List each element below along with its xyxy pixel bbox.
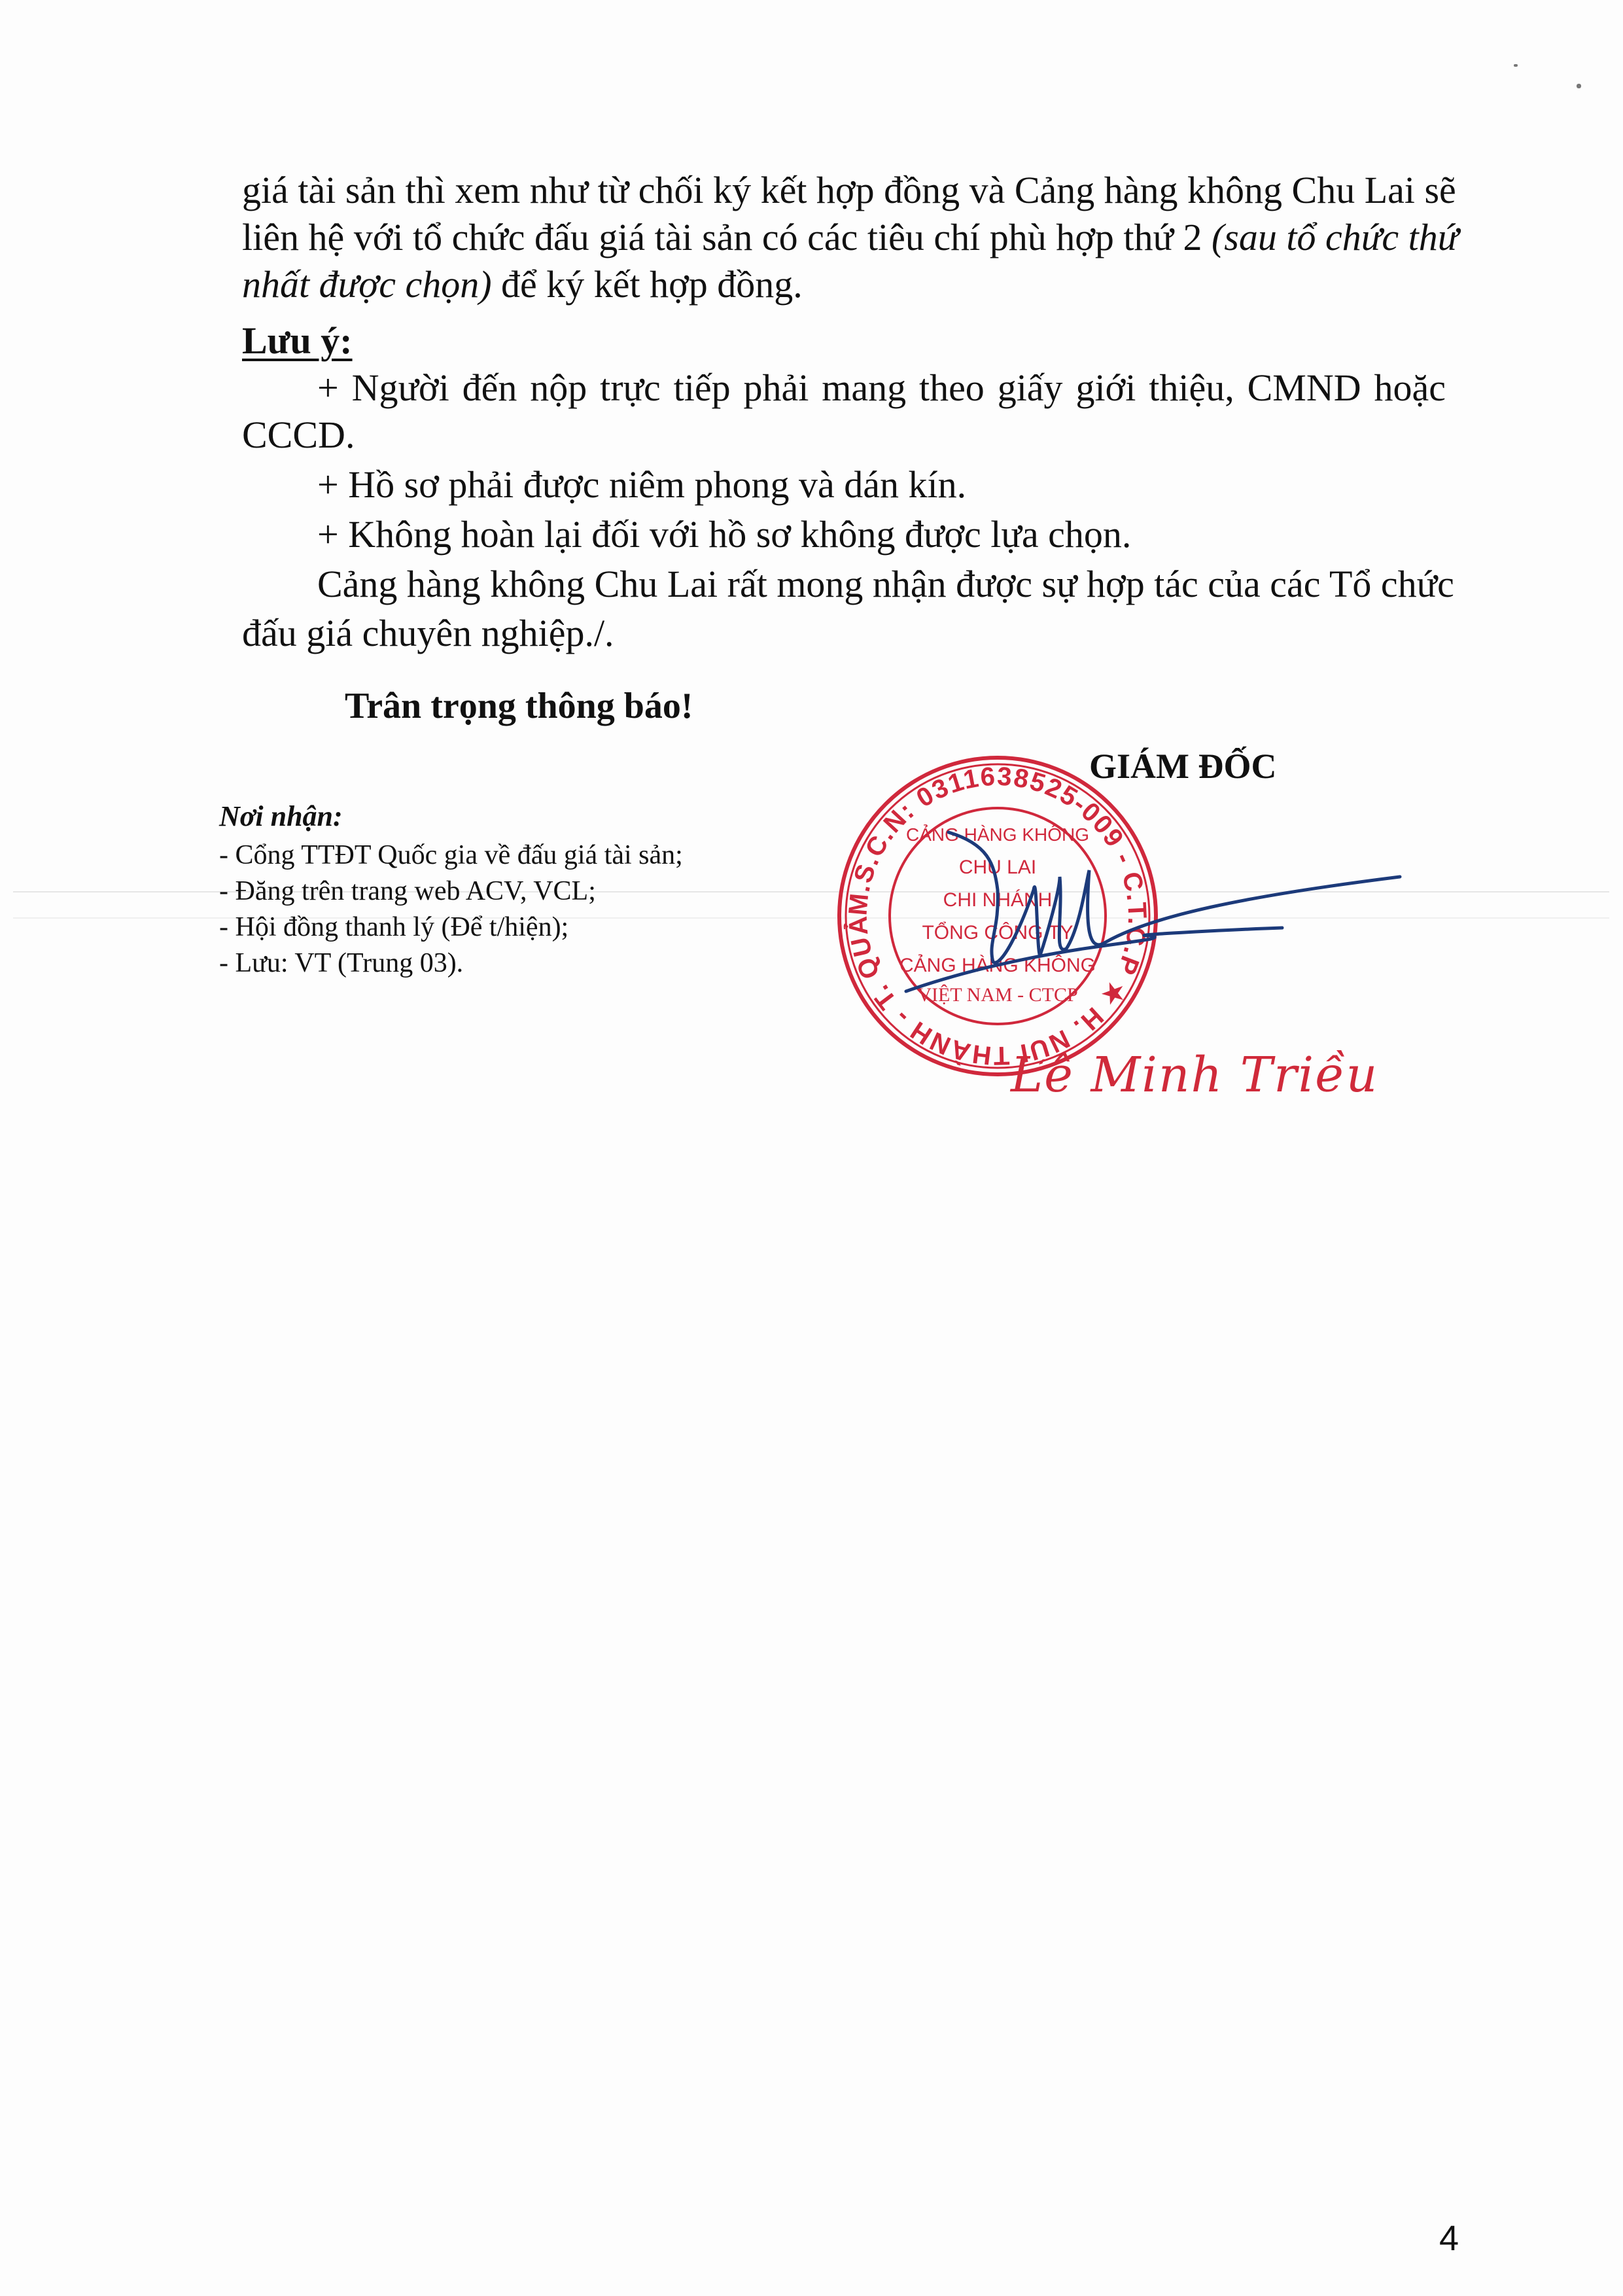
svg-text:CHU LAI: CHU LAI xyxy=(959,857,1036,878)
svg-text:CẢNG HÀNG KHÔNG: CẢNG HÀNG KHÔNG xyxy=(906,824,1089,845)
page-number: 4 xyxy=(1439,2218,1459,2259)
signer-name: Lê Minh Triều xyxy=(1011,1047,1378,1103)
svg-text:VIỆT NAM - CTCP: VIỆT NAM - CTCP xyxy=(917,984,1077,1006)
official-stamp: M.S.C.N: 0311638525-009 - C.T.C.P ★ H. N… xyxy=(0,0,1623,2296)
